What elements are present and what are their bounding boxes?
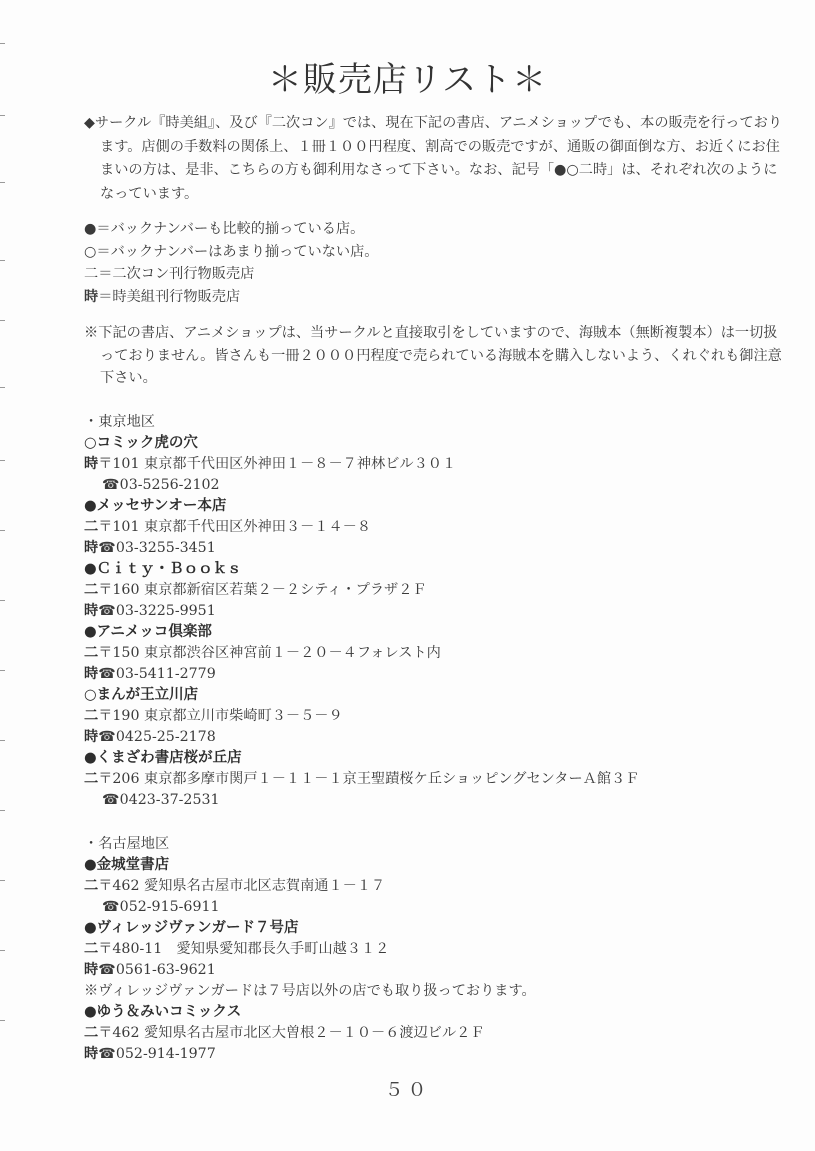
legend-item: 二＝二次コン刊行物販売店: [84, 263, 378, 286]
store-address: 二〒462 愛知県名古屋市北区志賀南通１－１７: [84, 876, 536, 897]
store-address: 二〒190 東京都立川市柴崎町３－５－９: [84, 706, 639, 727]
scan-margin-mark: [0, 880, 5, 881]
store-name: ●メッセサンオー本店: [84, 496, 639, 517]
symbol-legend: ●＝バックナンバーも比較的揃っている店。 ○＝バックナンバーはあまり揃っていない…: [84, 218, 378, 308]
store-phone: 時☎03-5411-2779: [84, 664, 639, 685]
region-title: ・東京地区: [84, 412, 639, 433]
scan-margin-mark: [0, 1020, 5, 1021]
store-address: 二〒150 東京都渋谷区神宮前１－２０－４フォレスト内: [84, 643, 639, 664]
scan-margin-mark: [0, 810, 5, 811]
store-phone: 時☎052-914-1977: [84, 1044, 536, 1065]
scan-margin-mark: [0, 320, 5, 321]
jibigumi-mark: 時: [84, 289, 98, 305]
scan-margin-mark: [0, 387, 5, 388]
store-phone: 時☎03-3255-3451: [84, 538, 639, 559]
store-phone: ☎052-915-6911: [84, 897, 536, 918]
scan-margin-mark: [0, 460, 5, 461]
nijicon-mark: 二: [84, 266, 98, 282]
scan-margin-mark: [0, 530, 5, 531]
store-name: ●くまざわ書店桜が丘店: [84, 748, 639, 769]
store-address: 二〒462 愛知県名古屋市北区大曽根２－１０－６渡辺ビル２Ｆ: [84, 1023, 536, 1044]
store-phone: ☎03-5256-2102: [84, 475, 639, 496]
store-name: ○コミック虎の穴: [84, 433, 639, 454]
document-page: ＊販売店リスト＊ ◆サークル『時美組』、及び『二次コン』では、現在下記の書店、ア…: [0, 0, 815, 1151]
store-address: 二〒160 東京都新宿区若葉２－２シティ・プラザ２Ｆ: [84, 580, 639, 601]
store-name: ○まんが王立川店: [84, 685, 639, 706]
store-address: 二〒101 東京都千代田区外神田３－１４－８: [84, 517, 639, 538]
page-title: ＊販売店リスト＊: [0, 52, 815, 101]
store-phone: ☎0423-37-2531: [84, 790, 639, 811]
legend-item: 時＝時美組刊行物販売店: [84, 286, 378, 309]
scan-margin-mark: [0, 260, 5, 261]
store-name: ●Ｃｉｔｙ・Ｂｏｏｋｓ: [84, 559, 639, 580]
store-name: ●金城堂書店: [84, 855, 536, 876]
legend-item: ●＝バックナンバーも比較的揃っている店。: [84, 218, 378, 241]
page-number: ５０: [0, 1075, 815, 1102]
store-note: ※ヴィレッジヴァンガードは７号店以外の店でも取り扱っております。: [84, 981, 536, 1002]
store-phone: 時☎0561-63-9621: [84, 960, 536, 981]
legend-item: ○＝バックナンバーはあまり揃っていない店。: [84, 241, 378, 264]
region-tokyo: ・東京地区 ○コミック虎の穴 時〒101 東京都千代田区外神田１－８－７神林ビル…: [84, 412, 639, 811]
region-title: ・名古屋地区: [84, 834, 536, 855]
scan-margin-mark: [0, 115, 5, 116]
store-name: ●ゆう＆みいコミックス: [84, 1002, 536, 1023]
store-address: 時〒101 東京都千代田区外神田１－８－７神林ビル３０１: [84, 454, 639, 475]
region-nagoya: ・名古屋地区 ●金城堂書店 二〒462 愛知県名古屋市北区志賀南通１－１７ ☎0…: [84, 834, 536, 1065]
store-address: 二〒206 東京都多摩市関戸１－１１－１京王聖蹟桜ケ丘ショッピングセンターＡ館３…: [84, 769, 639, 790]
filled-circle-icon: ●: [84, 221, 96, 237]
store-name: ●アニメッコ倶楽部: [84, 622, 639, 643]
store-name: ●ヴィレッジヴァンガード７号店: [84, 918, 536, 939]
store-phone: 時☎03-3225-9951: [84, 601, 639, 622]
store-phone: 時☎0425-25-2178: [84, 727, 639, 748]
store-address: 二〒480-11 愛知県愛知郡長久手町山越３１２: [84, 939, 536, 960]
scan-margin-mark: [0, 670, 5, 671]
scan-margin-mark: [0, 43, 5, 44]
scan-margin-mark: [0, 182, 5, 183]
open-circle-icon: ○: [84, 244, 96, 260]
intro-paragraph: ◆サークル『時美組』、及び『二次コン』では、現在下記の書店、アニメショップでも、…: [84, 112, 784, 206]
scan-margin-mark: [0, 600, 5, 601]
scan-margin-mark: [0, 740, 5, 741]
intro-section: ◆サークル『時美組』、及び『二次コン』では、現在下記の書店、アニメショップでも、…: [84, 112, 784, 206]
piracy-notice: ※下記の書店、アニメショップは、当サークルと直接取引をしていますので、海賊本（無…: [84, 322, 784, 390]
scan-margin-mark: [0, 950, 5, 951]
